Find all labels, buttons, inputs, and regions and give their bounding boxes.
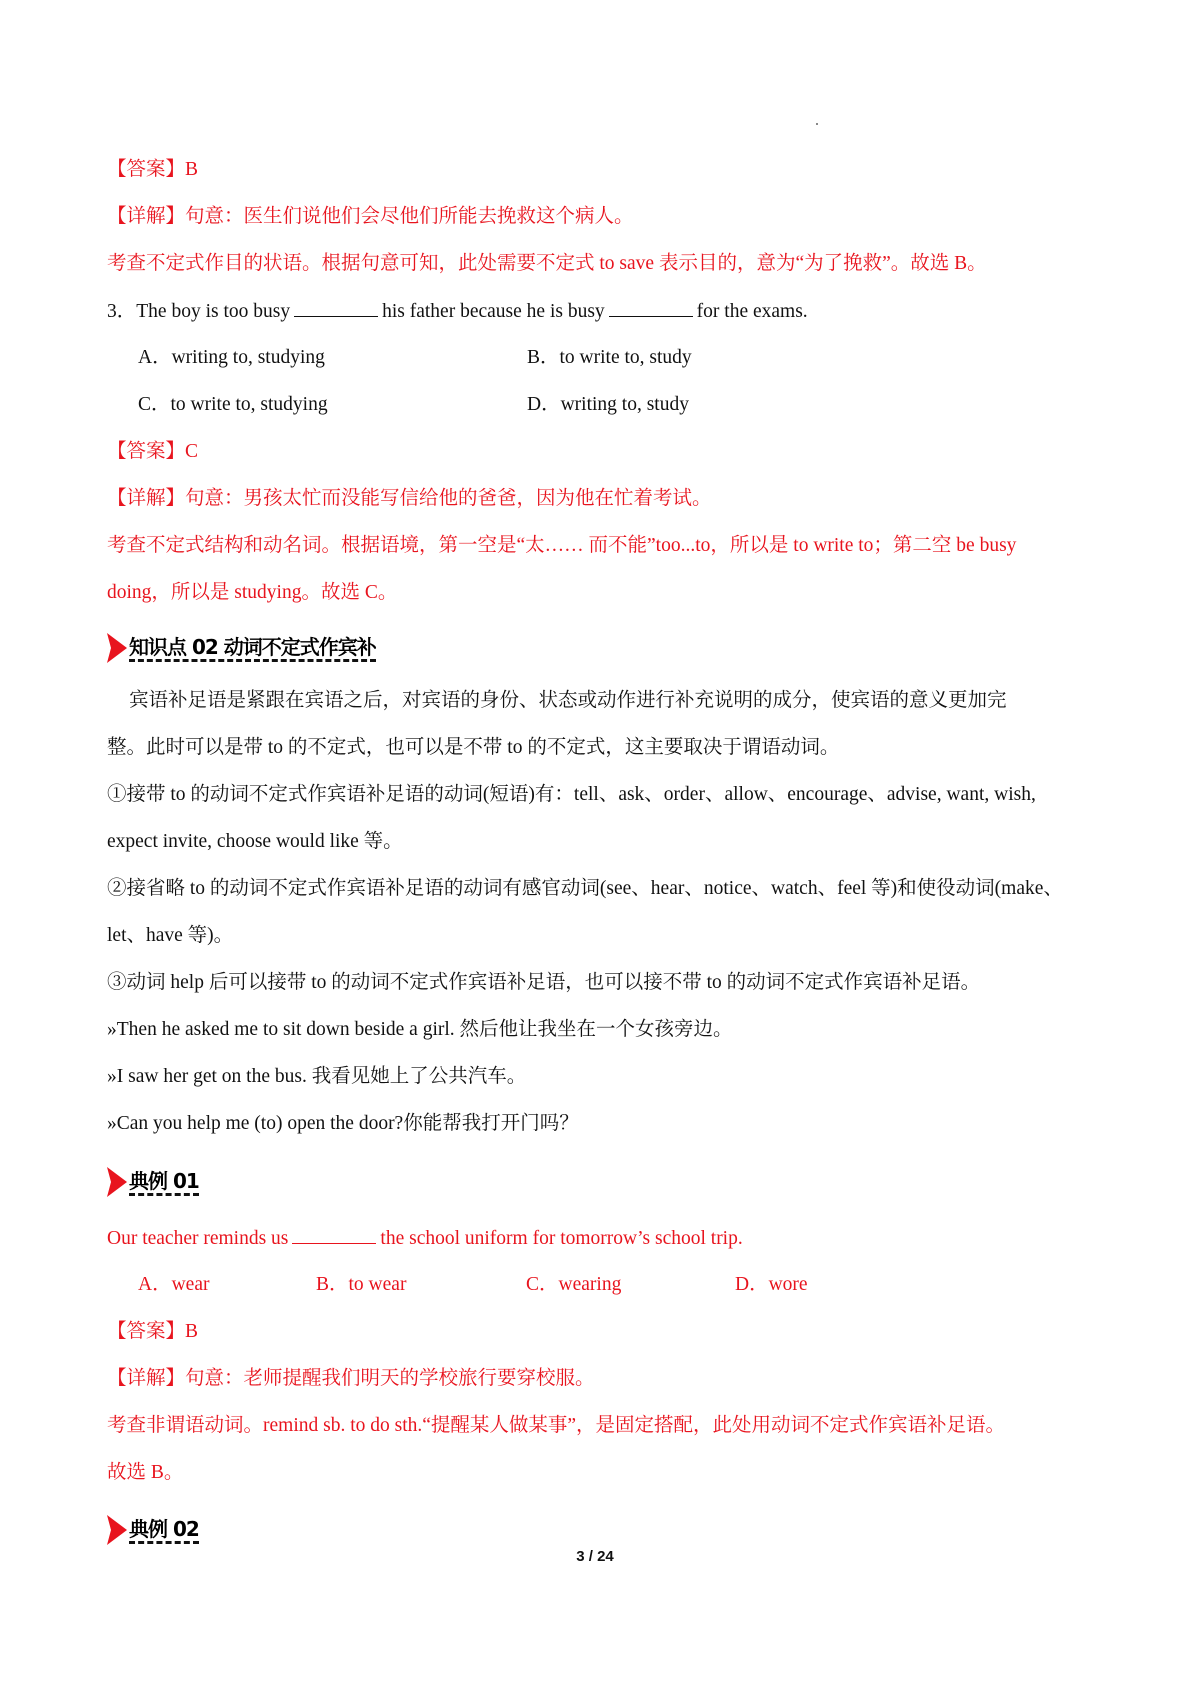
- q3-option-d: D．writing to, study: [527, 392, 689, 418]
- example-heading-01: 典例 01: [107, 1165, 199, 1199]
- example01-explain: 【详解】句意：老师提醒我们明天的学校旅行要穿校服。: [107, 1366, 595, 1392]
- q2-explain: 【详解】句意：医生们说他们会尽他们所能去挽救这个病人。: [107, 204, 634, 230]
- document-page: 【答案】B 【详解】句意：医生们说他们会尽他们所能去挽救这个病人。 考查不定式作…: [0, 0, 1190, 1683]
- q3-analysis-line2: doing，所以是 studying。故选 C。: [107, 580, 397, 606]
- answer-label: 【答案】: [107, 159, 185, 180]
- answer-blank: [294, 298, 378, 317]
- stem-part: the school uniform for tomorrow’s school…: [380, 1228, 742, 1249]
- intro-line1: 宾语补足语是紧跟在宾语之后，对宾语的身份、状态或动作进行补充说明的成分，使宾语的…: [107, 688, 1007, 714]
- q3-option-a: A．writing to, studying: [138, 345, 325, 371]
- answer-blank: [292, 1225, 376, 1244]
- stem-part: his father because he is busy: [382, 301, 605, 322]
- example01-option-d: D．wore: [735, 1272, 808, 1298]
- example-title: 典例 02: [129, 1517, 199, 1544]
- section-title: 知识点 02 动词不定式作宾补: [129, 635, 376, 662]
- explain-text: 句意：老师提醒我们明天的学校旅行要穿校服。: [185, 1368, 595, 1389]
- red-chevron-arrow-icon: [107, 1167, 127, 1197]
- point2-line1: ②接省略 to 的动词不定式作宾语补足语的动词有感官动词(see、hear、no…: [107, 876, 1063, 902]
- point1-line2: expect invite, choose would like 等。: [107, 829, 403, 855]
- example01-analysis-line1: 考查非谓语动词。remind sb. to do sth.“提醒某人做某事”，是…: [107, 1413, 1005, 1439]
- answer-label: 【答案】: [107, 441, 185, 462]
- example01-option-c: C．wearing: [526, 1272, 621, 1298]
- q3-stem: 3．The boy is too busyhis father because …: [107, 298, 808, 325]
- example01-answer: 【答案】B: [107, 1319, 198, 1345]
- answer-value: C: [185, 441, 198, 462]
- intro-line2: 整。此时可以是带 to 的不定式，也可以是不带 to 的不定式，这主要取决于谓语…: [107, 735, 839, 761]
- q3-analysis-line1: 考查不定式结构和动名词。根据语境，第一空是“太…… 而不能”too...to，所…: [107, 533, 1016, 559]
- answer-value: B: [185, 1321, 198, 1342]
- explain-text: 句意：男孩太忙而没能写信给他的爸爸，因为他在忙着考试。: [185, 488, 712, 509]
- q2-answer: 【答案】B: [107, 157, 198, 183]
- example01-analysis-line2: 故选 B。: [107, 1460, 183, 1486]
- explain-label: 【详解】: [107, 206, 185, 227]
- point3: ③动词 help 后可以接带 to 的动词不定式作宾语补足语，也可以接不带 to…: [107, 970, 980, 996]
- red-chevron-arrow-icon: [107, 1515, 127, 1545]
- q2-analysis: 考查不定式作目的状语。根据句意可知，此处需要不定式 to save 表示目的，意…: [107, 251, 987, 277]
- point1-line1: ①接带 to 的动词不定式作宾语补足语的动词(短语)有：tell、ask、ord…: [107, 782, 1036, 808]
- example01-stem: Our teacher reminds usthe school uniform…: [107, 1225, 743, 1252]
- stem-part: Our teacher reminds us: [107, 1228, 288, 1249]
- q3-explain: 【详解】句意：男孩太忙而没能写信给他的爸爸，因为他在忙着考试。: [107, 486, 712, 512]
- stem-part: for the exams.: [697, 301, 808, 322]
- stem-part: The boy is too busy: [136, 301, 290, 322]
- example-title: 典例 01: [129, 1169, 199, 1196]
- answer-blank: [609, 298, 693, 317]
- question-number: 3．: [107, 301, 136, 322]
- explain-label: 【详解】: [107, 488, 185, 509]
- point2-line2: let、have 等)。: [107, 923, 233, 949]
- page-number: 3 / 24: [0, 1548, 1190, 1565]
- stray-dot: [816, 123, 818, 125]
- explain-text: 句意：医生们说他们会尽他们所能去挽救这个病人。: [185, 206, 634, 227]
- example-sentence: »I saw her get on the bus. 我看见她上了公共汽车。: [107, 1064, 526, 1090]
- example01-option-a: A．wear: [138, 1272, 209, 1298]
- answer-label: 【答案】: [107, 1321, 185, 1342]
- example-sentence: »Can you help me (to) open the door?你能帮我…: [107, 1111, 579, 1137]
- example-heading-02: 典例 02: [107, 1513, 199, 1547]
- example01-option-b: B．to wear: [316, 1272, 406, 1298]
- explain-label: 【详解】: [107, 1368, 185, 1389]
- q3-answer: 【答案】C: [107, 439, 198, 465]
- q3-option-c: C．to write to, studying: [138, 392, 328, 418]
- answer-value: B: [185, 159, 198, 180]
- example-sentence: »Then he asked me to sit down beside a g…: [107, 1017, 733, 1043]
- section-heading-02: 知识点 02 动词不定式作宾补: [107, 631, 376, 665]
- q3-option-b: B．to write to, study: [527, 345, 692, 371]
- red-chevron-arrow-icon: [107, 633, 127, 663]
